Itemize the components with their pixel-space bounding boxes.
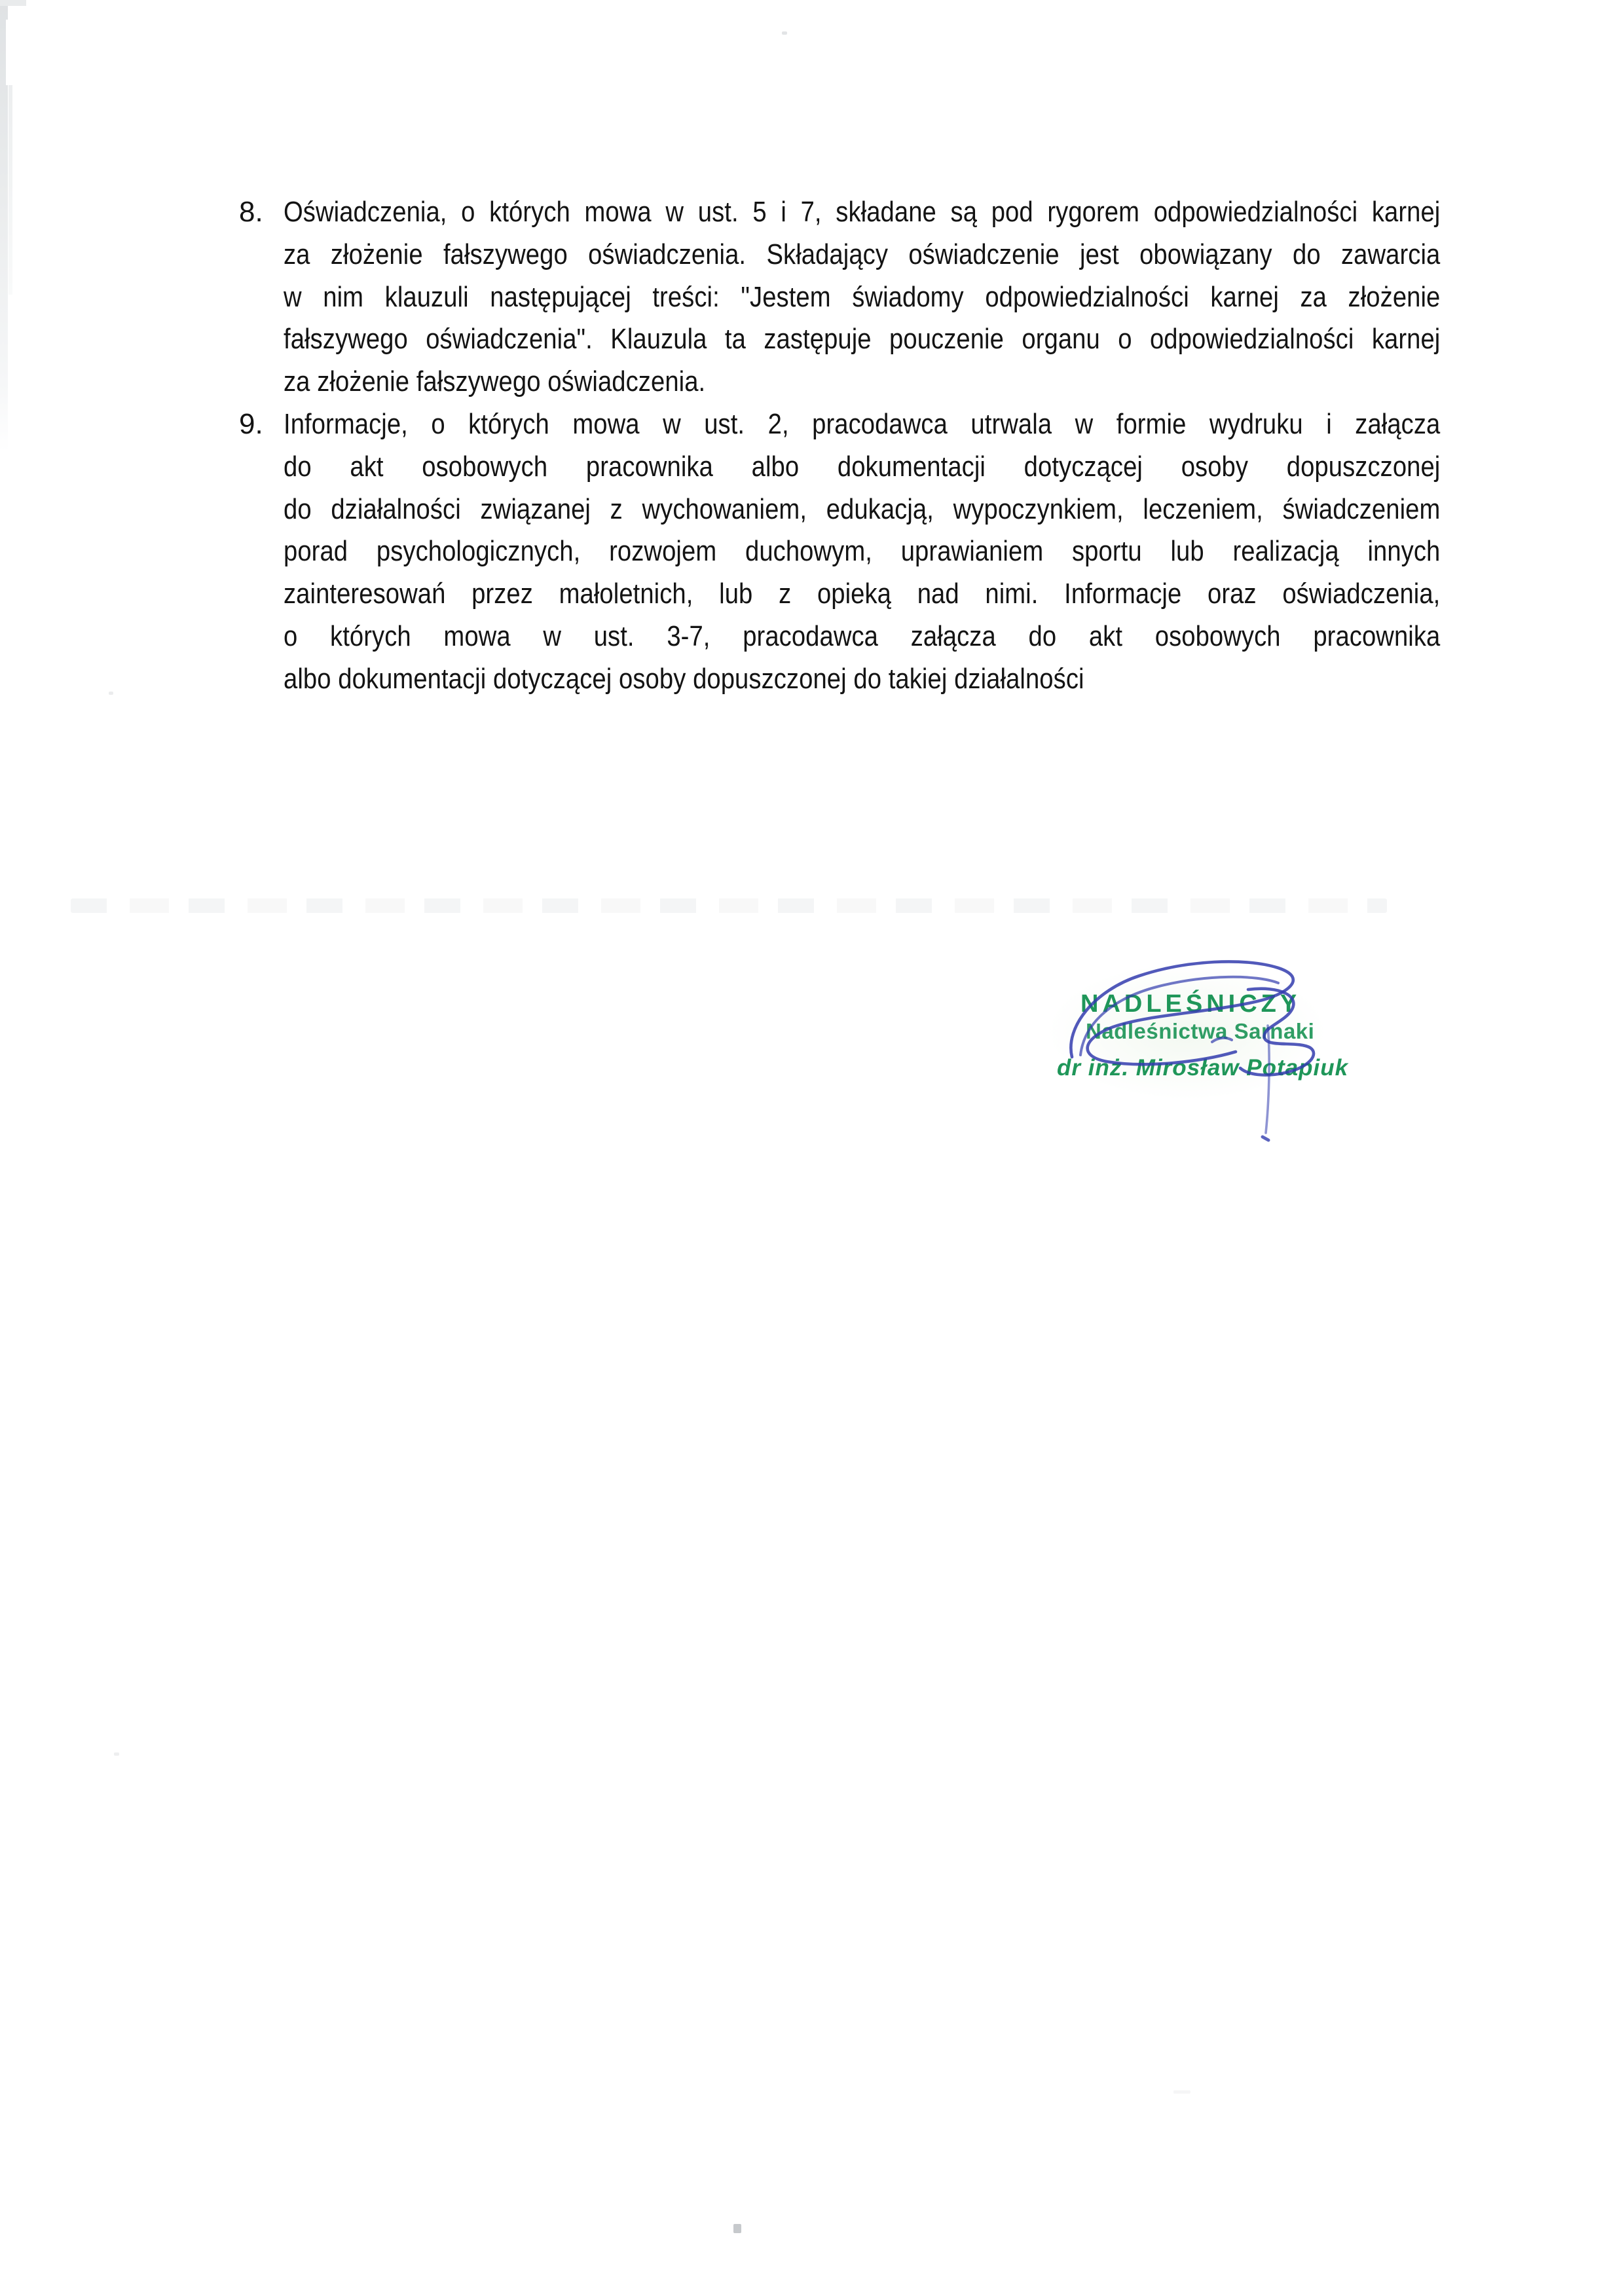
item-number: 8. (239, 191, 284, 234)
item-lines: Oświadczenia, o których mowa w ust. 5 i … (284, 191, 1440, 403)
scan-speck (733, 2224, 741, 2233)
list-item: 8.Oświadczenia, o których mowa w ust. 5 … (239, 191, 1621, 403)
text-line: albo dokumentacji dotyczącej osoby dopus… (284, 658, 1440, 701)
stamp-title: NADLEŚNICZY (1080, 990, 1301, 1018)
text-line: za złożenie fałszywego oświadczenia. (284, 361, 1440, 403)
document-page: 8.Oświadczenia, o których mowa w ust. 5 … (0, 0, 1624, 2296)
stamp-organization: Nadleśnictwa Sarnaki (1086, 1019, 1314, 1044)
text-line: Oświadczenia, o których mowa w ust. 5 i … (284, 191, 1440, 234)
scan-speck (109, 692, 113, 695)
list-item: 9.Informacje, o których mowa w ust. 2, p… (239, 403, 1621, 701)
scan-speck (782, 31, 787, 35)
text-line: do działalności związanej z wychowaniem,… (284, 489, 1440, 531)
text-line: o których mowa w ust. 3-7, pracodawca za… (284, 616, 1440, 658)
text-line: porad psychologicznych, rozwojem duchowy… (284, 530, 1440, 573)
scan-dash-artifact (71, 898, 1387, 913)
numbered-list: 8.Oświadczenia, o których mowa w ust. 5 … (239, 191, 1621, 701)
scan-edge-strip-2 (9, 79, 12, 295)
text-line: do akt osobowych pracownika albo dokumen… (284, 446, 1440, 489)
text-line: fałszywego oświadczenia". Klauzula ta za… (284, 318, 1440, 361)
scan-speck (1173, 2090, 1190, 2094)
item-lines: Informacje, o których mowa w ust. 2, pra… (284, 403, 1440, 701)
text-line: zainteresowań przez małoletnich, lub z o… (284, 573, 1440, 616)
text-line: w nim klauzuli następującej treści: "Jes… (284, 276, 1440, 319)
text-line: za złożenie fałszywego oświadczenia. Skł… (284, 234, 1440, 276)
stamp-signer-name: dr inż. Mirosław Potapiuk (1057, 1055, 1348, 1081)
scan-edge-corner (0, 0, 26, 6)
item-number: 9. (239, 403, 284, 446)
scan-speck (114, 1752, 119, 1756)
scan-edge-notch (6, 20, 12, 85)
text-line: Informacje, o których mowa w ust. 2, pra… (284, 403, 1440, 446)
